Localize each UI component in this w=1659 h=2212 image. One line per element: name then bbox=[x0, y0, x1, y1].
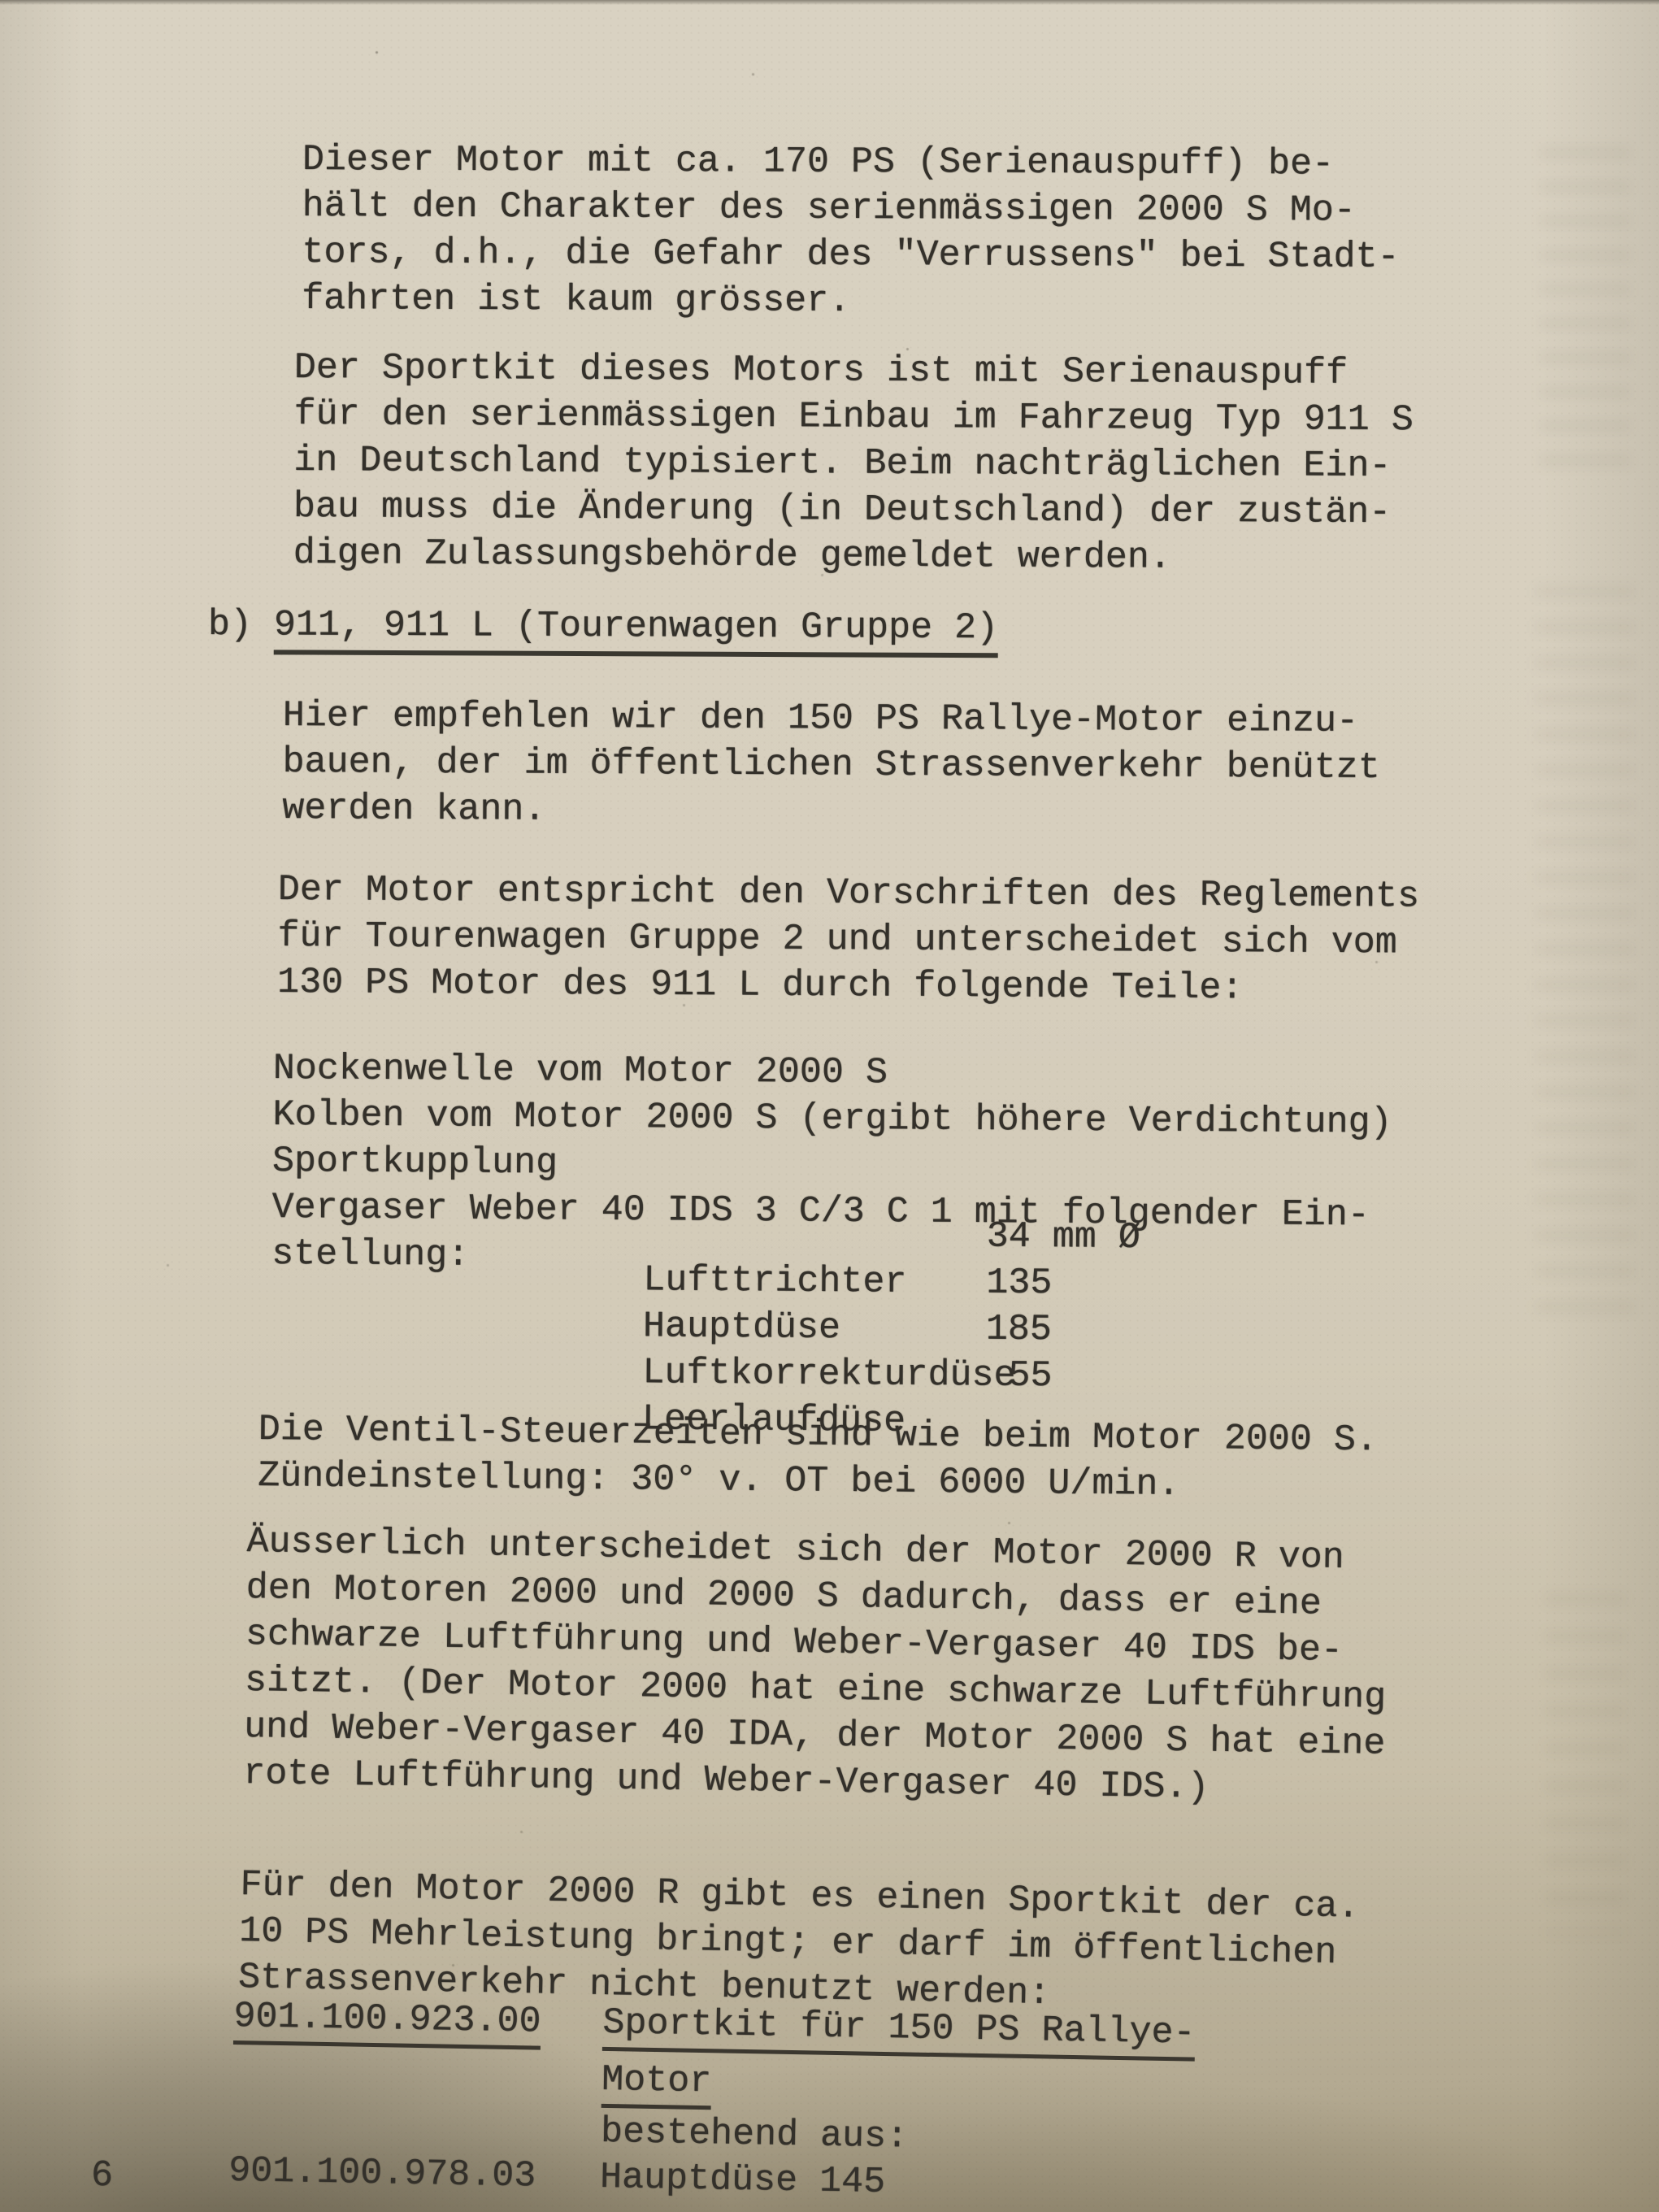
text-line: digen Zulassungsbehörde gemeldet werden. bbox=[293, 530, 1414, 582]
text-line: Der Sportkit dieses Motors ist mit Serie… bbox=[294, 345, 1414, 397]
dust-specks bbox=[0, 0, 2, 2]
list-item: Sportkupplung bbox=[272, 1138, 1392, 1193]
text-line: Der Motor entspricht den Vorschriften de… bbox=[278, 867, 1420, 920]
paragraph-valve-timing: Die Ventil-Steuerzeiten sind wie beim Mo… bbox=[258, 1406, 1378, 1510]
carburetor-settings-table: Lufttrichter 34 mm Ø Hauptdüse 135 Luftk… bbox=[510, 1210, 1017, 1399]
text-line: bau muss die Änderung (in Deutschland) d… bbox=[293, 484, 1414, 536]
heading-title: 911, 911 L (Tourenwagen Gruppe 2) bbox=[274, 604, 998, 658]
page-number: 6 bbox=[91, 2153, 113, 2199]
text-line: werden kann. bbox=[282, 785, 1380, 837]
part-description: Sportkit für 150 PS Rallye- bbox=[602, 2000, 1196, 2057]
part-number-text: 901.100.978.03 bbox=[228, 2150, 536, 2197]
table-row: Lufttrichter 34 mm Ø bbox=[512, 1210, 1018, 1260]
part-description: Hauptdüse 145 bbox=[600, 2154, 886, 2205]
part-description: Motor bbox=[601, 2057, 712, 2105]
list-item: Nockenwelle vom Motor 2000 S bbox=[273, 1045, 1393, 1100]
table-row: Leerlaufdüse 55 bbox=[510, 1349, 1016, 1399]
setting-value: 185 bbox=[986, 1306, 1052, 1354]
table-row: Hauptdüse 135 bbox=[511, 1256, 1017, 1306]
text-line: für den serienmässigen Einbau im Fahrzeu… bbox=[293, 391, 1414, 443]
text-line: für Tourenwagen Gruppe 2 und unterscheid… bbox=[277, 913, 1419, 967]
part-number: 901.100.978.03 bbox=[228, 2148, 536, 2200]
text-line: in Deutschland typisiert. Beim nachträgl… bbox=[293, 437, 1414, 489]
text-line: hält den Charakter des serienmässigen 20… bbox=[302, 183, 1400, 234]
paragraph-recommend: Hier empfehlen wir den 150 PS Rallye-Mot… bbox=[282, 693, 1380, 837]
part-description-text: Sportkit für 150 PS Rallye- bbox=[602, 2003, 1196, 2062]
document-page: Dieser Motor mit ca. 170 PS (Serienauspu… bbox=[0, 0, 1659, 2212]
table-row: Luftkorrekturdüse 185 bbox=[511, 1302, 1017, 1353]
bleed-through-smudge bbox=[1544, 1593, 1626, 1935]
section-heading-b: b) 911, 911 L (Tourenwagen Gruppe 2) bbox=[208, 602, 998, 651]
text-line: Hier empfehlen wir den 150 PS Rallye-Mot… bbox=[283, 693, 1381, 745]
paragraph-intro-2: Der Sportkit dieses Motors ist mit Serie… bbox=[293, 345, 1414, 582]
heading-line: b) 911, 911 L (Tourenwagen Gruppe 2) bbox=[208, 602, 998, 651]
part-description: bestehend aus: bbox=[601, 2109, 909, 2161]
setting-value: 135 bbox=[986, 1260, 1052, 1307]
paragraph-intro-1: Dieser Motor mit ca. 170 PS (Serienauspu… bbox=[302, 137, 1400, 327]
setting-value: 55 bbox=[1008, 1353, 1052, 1399]
part-description-text: Hauptdüse 145 bbox=[600, 2157, 886, 2203]
text-line: Dieser Motor mit ca. 170 PS (Serienauspu… bbox=[302, 137, 1400, 188]
heading-prefix: b) bbox=[208, 604, 274, 645]
text-line: 130 PS Motor des 911 L durch folgende Te… bbox=[277, 959, 1419, 1013]
scan-top-edge-shadow bbox=[0, 0, 1659, 5]
text-line: bauen, der im öffentlichen Strassenverke… bbox=[282, 739, 1380, 791]
part-description-text: bestehend aus: bbox=[601, 2111, 909, 2158]
paragraph-appearance: Äusserlich unterscheidet sich der Motor … bbox=[243, 1519, 1388, 1814]
setting-value: 34 mm Ø bbox=[987, 1214, 1140, 1261]
part-description-text: Motor bbox=[601, 2060, 712, 2110]
text-line: fahrten ist kaum grösser. bbox=[302, 276, 1399, 327]
list-item: Kolben vom Motor 2000 S (ergibt höhere V… bbox=[272, 1092, 1392, 1146]
part-number: 901.100.923.00 bbox=[233, 1993, 541, 2045]
bleed-through-smudge bbox=[1540, 146, 1630, 488]
paragraph-reglement: Der Motor entspricht den Vorschriften de… bbox=[277, 867, 1419, 1013]
bleed-through-smudge bbox=[1536, 585, 1634, 1317]
text-line: tors, d.h., die Gefahr des "Verrussens" … bbox=[302, 229, 1399, 280]
part-number-text: 901.100.923.00 bbox=[233, 1997, 541, 2050]
